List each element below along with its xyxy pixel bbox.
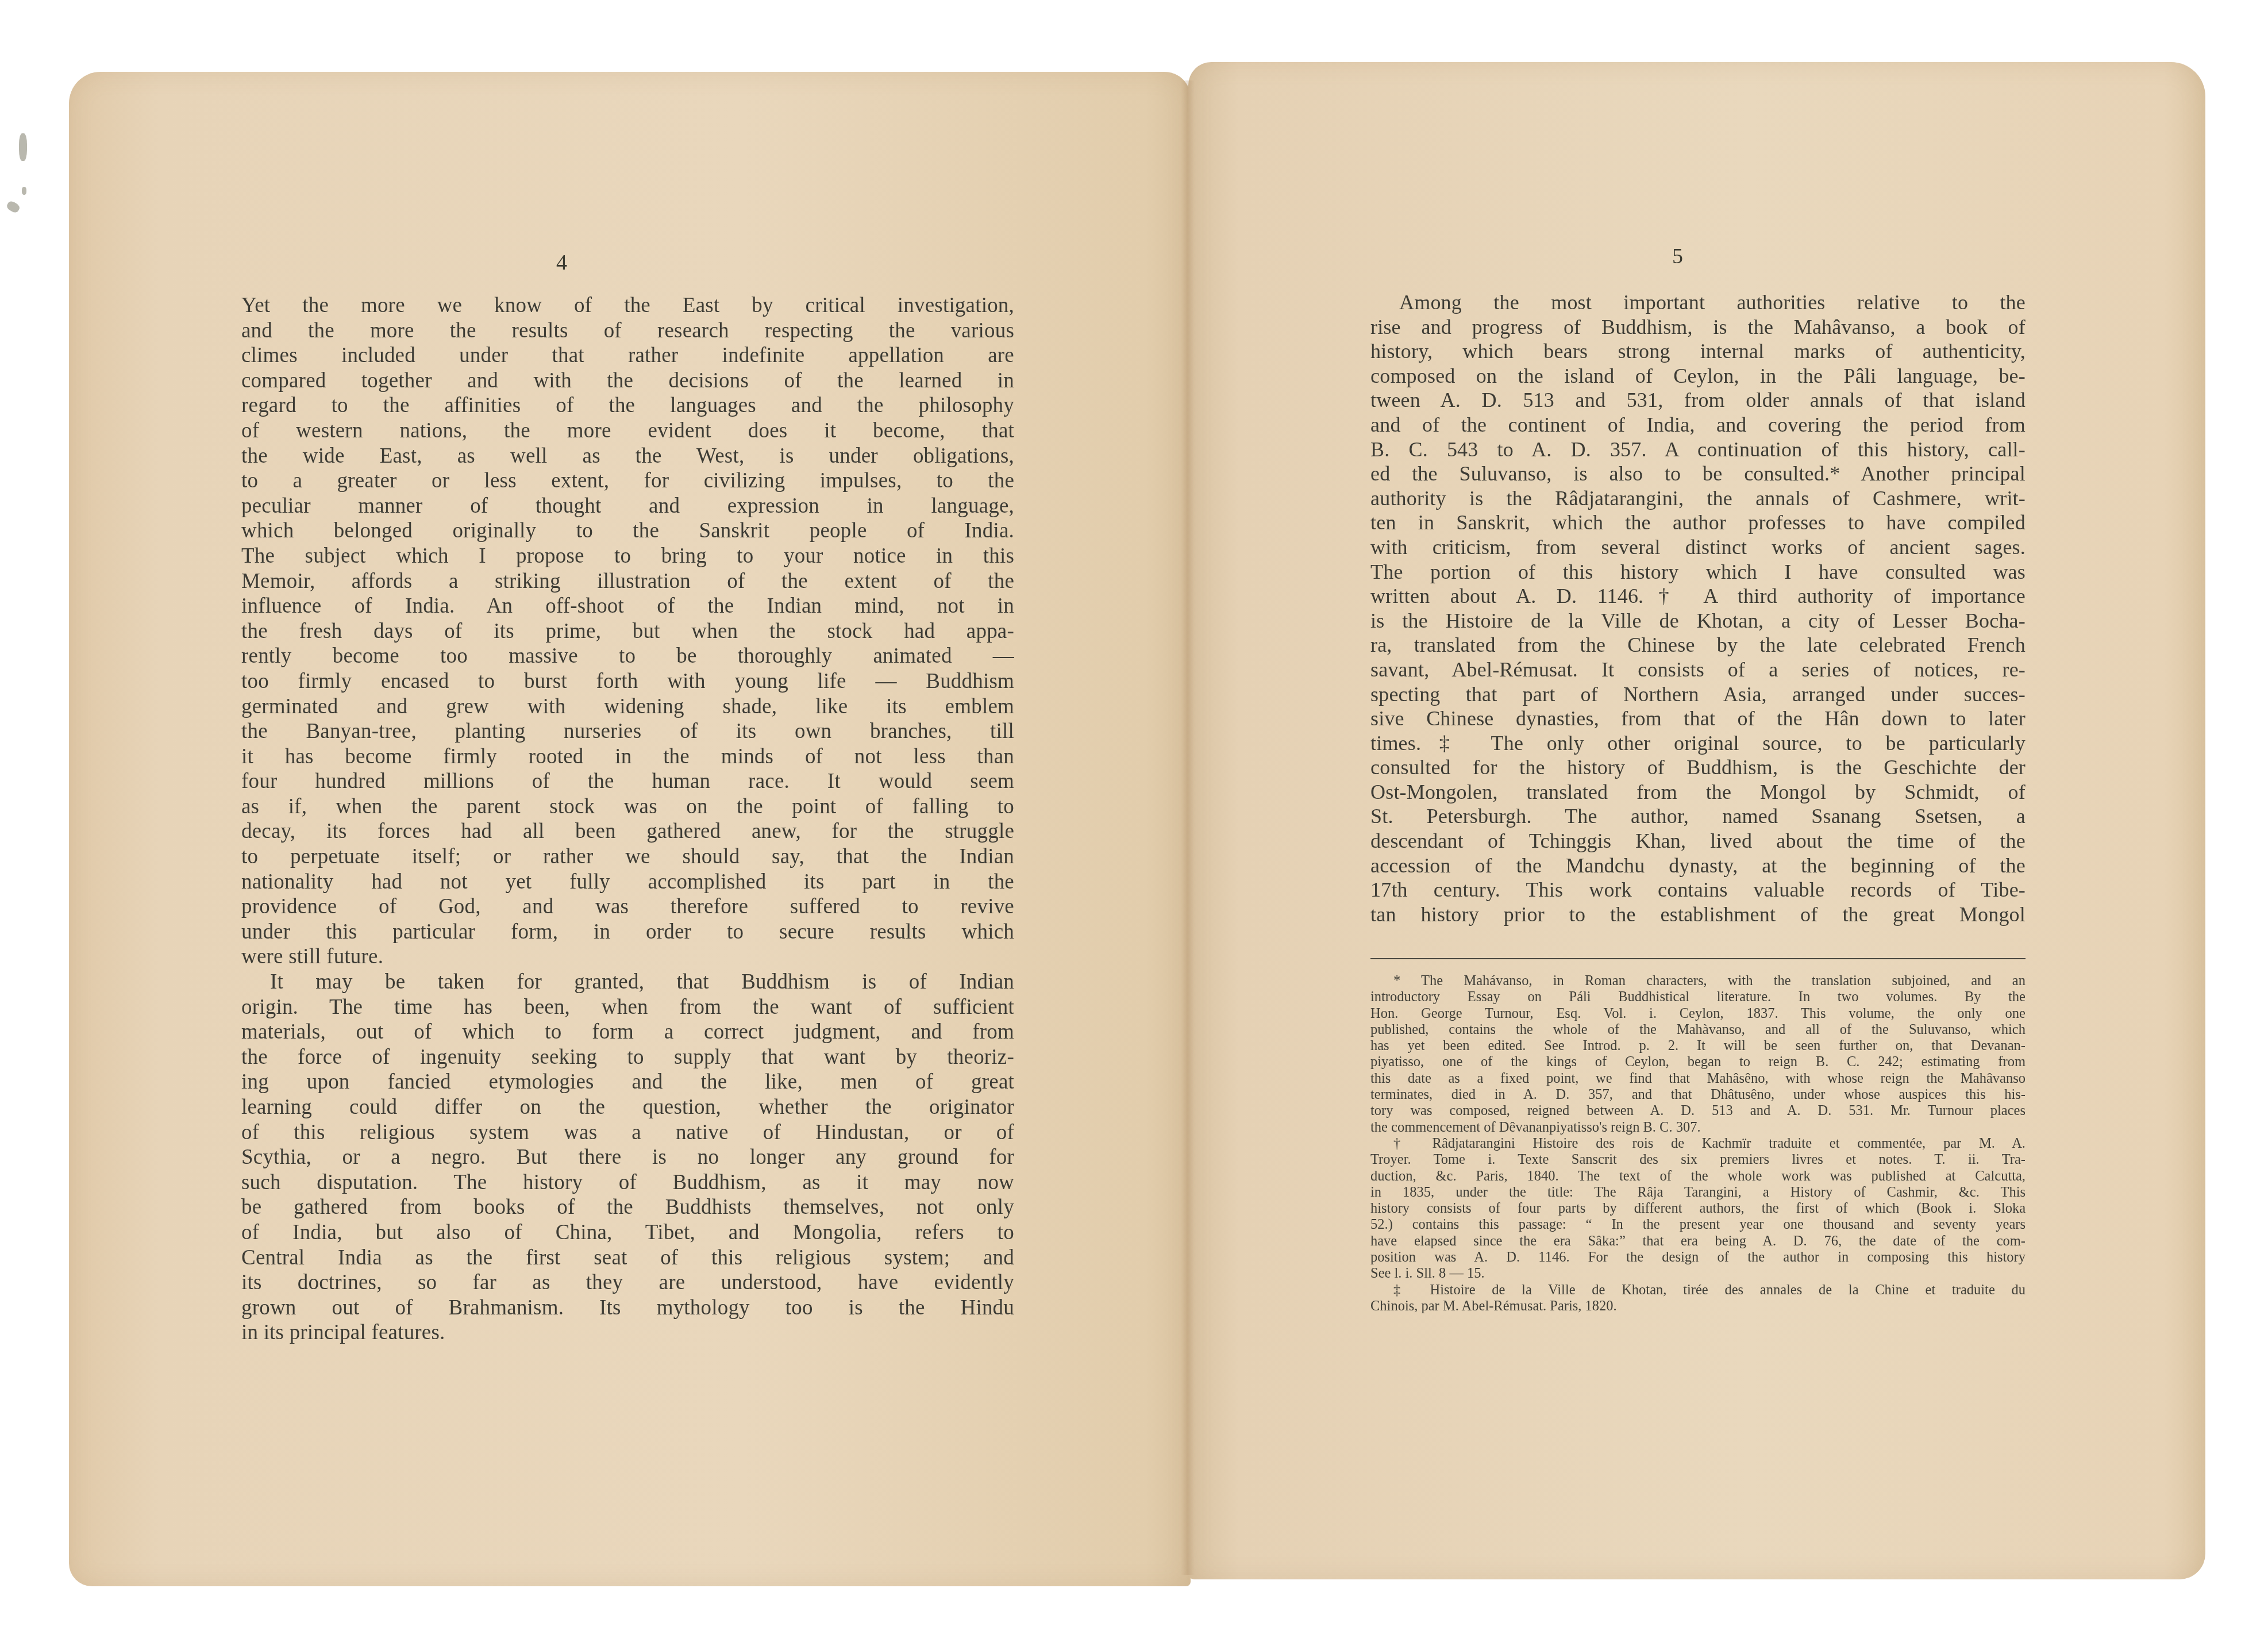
text-line: ten in Sanskrit, which the author profes…: [1370, 510, 2026, 535]
text-line: compared together and with the decisions…: [241, 368, 1014, 394]
text-line: it has become firmly rooted in the minds…: [241, 744, 1014, 770]
text-line: It may be taken for granted, that Buddhi…: [241, 970, 1014, 995]
text-line: in its principal features.: [241, 1320, 1014, 1345]
text-line: under this particular form, in order to …: [241, 920, 1014, 945]
paper-debris: [5, 200, 21, 214]
footnote-line: duction, &c. Paris, 1840. The text of th…: [1370, 1168, 2026, 1185]
text-line: is the Histoire de la Ville de Khotan, a…: [1370, 609, 2026, 633]
text-line: ra, translated from the Chinese by the l…: [1370, 633, 2026, 657]
footnote-line: this date as a fixed point, we find that…: [1370, 1071, 2026, 1087]
text-line: times.‡ The only other original source, …: [1370, 731, 2026, 756]
footnote-line: has yet been edited. See Introd. p. 2. I…: [1370, 1038, 2026, 1054]
text-line: history, which bears strong internal mar…: [1370, 339, 2026, 364]
text-line: and of the continent of India, and cover…: [1370, 413, 2026, 437]
paper-debris: [19, 133, 27, 161]
text-line: savant, Abel-Rémusat. It consists of a s…: [1370, 657, 2026, 682]
text-line: influence of India. An off-shoot of the …: [241, 594, 1014, 619]
text-line: tween A. D. 513 and 531, from older anna…: [1370, 388, 2026, 413]
footnote-line: introductory Essay on Páli Buddhistical …: [1370, 989, 2026, 1005]
footnote-line: * The Mahávanso, in Roman characters, wi…: [1370, 973, 2026, 989]
text-line: decay, its forces had all been gathered …: [241, 819, 1014, 844]
text-line: germinated and grew with widening shade,…: [241, 694, 1014, 720]
text-line: the wide East, as well as the West, is u…: [241, 444, 1014, 469]
text-line: its doctrines, so far as they are unders…: [241, 1270, 1014, 1295]
text-line: composed on the island of Ceylon, in the…: [1370, 364, 2026, 389]
footnote-line: See l. i. Sll. 8 — 15.: [1370, 1266, 2026, 1282]
text-line: B. C. 543 to A. D. 357. A continuation o…: [1370, 437, 2026, 462]
text-line: materials, out of which to form a correc…: [241, 1020, 1014, 1045]
text-line: nationality had not yet fully accomplish…: [241, 870, 1014, 895]
footnote-line: Hon. George Turnour, Esq. Vol. i. Ceylon…: [1370, 1006, 2026, 1022]
footnote-line: the commencement of Dêvananpiyatisso's r…: [1370, 1120, 2026, 1136]
text-line: to perpetuate itself; or rather we shoul…: [241, 844, 1014, 870]
text-line: climes included under that rather indefi…: [241, 343, 1014, 368]
text-line: Scythia, or a negro. But there is no lon…: [241, 1145, 1014, 1170]
text-line: sive Chinese dynasties, from that of the…: [1370, 706, 2026, 731]
text-line: specting that part of Northern Asia, arr…: [1370, 682, 2026, 707]
text-line: of India, but also of China, Tibet, and …: [241, 1220, 1014, 1245]
text-line: Among the most important authorities rel…: [1370, 290, 2026, 315]
text-line: to a greater or less extent, for civiliz…: [241, 468, 1014, 494]
text-line: Yet the more we know of the East by crit…: [241, 293, 1014, 318]
text-line: written about A. D. 1146.† A third autho…: [1370, 584, 2026, 609]
text-line: Memoir, affords a striking illustration …: [241, 569, 1014, 594]
text-line: ing upon fancied etymologies and the lik…: [241, 1070, 1014, 1095]
text-line: descendant of Tchinggis Khan, lived abou…: [1370, 829, 2026, 853]
text-line: regard to the affinities of the language…: [241, 393, 1014, 418]
text-line: 17th century. This work contains valuabl…: [1370, 878, 2026, 902]
footnote-line: published, contains the whole of the Mah…: [1370, 1022, 2026, 1038]
text-line: which belonged originally to the Sanskri…: [241, 518, 1014, 544]
page-number-left: 4: [556, 252, 567, 274]
text-line: of western nations, the more evident doe…: [241, 418, 1014, 444]
text-line: tan history prior to the establishment o…: [1370, 902, 2026, 927]
text-line: of this religious system was a native of…: [241, 1120, 1014, 1145]
footnote-line: 52.) contains this passage: “ In the pre…: [1370, 1217, 2026, 1233]
footnote-line: in 1835, under the title: The Râja Taran…: [1370, 1185, 2026, 1201]
text-line: origin. The time has been, when from the…: [241, 995, 1014, 1020]
footnote-line: tory was composed, reigned between A. D.…: [1370, 1103, 2026, 1119]
text-line: rently become too massive to be thorough…: [241, 644, 1014, 669]
text-line: too firmly encased to burst forth with y…: [241, 669, 1014, 694]
text-line: the force of ingenuity seeking to supply…: [241, 1045, 1014, 1070]
text-line: accession of the Mandchu dynasty, at the…: [1370, 853, 2026, 878]
text-line: peculiar manner of thought and expressio…: [241, 494, 1014, 519]
text-line: be gathered from books of the Buddhists …: [241, 1195, 1014, 1220]
text-line: consulted for the history of Buddhism, i…: [1370, 755, 2026, 780]
footnote-double-dagger: ‡ Histoire de la Ville de Khotan, tirée …: [1370, 1282, 2026, 1315]
text-line: The portion of this history which I have…: [1370, 560, 2026, 585]
text-line: authority is the Râdjatarangini, the ann…: [1370, 486, 2026, 511]
footnote-separator: [1370, 958, 2026, 959]
text-line: with criticism, from several distinct wo…: [1370, 535, 2026, 560]
text-line: The subject which I propose to bring to …: [241, 544, 1014, 569]
right-page-body: Among the most important authorities rel…: [1370, 290, 2026, 926]
text-line: Central India as the first seat of this …: [241, 1245, 1014, 1271]
footnote-line: terminates, died in A. D. 357, and that …: [1370, 1087, 2026, 1103]
text-line: grown out of Brahmanism. Its mythology t…: [241, 1295, 1014, 1321]
text-line: and the more the results of research res…: [241, 318, 1014, 344]
text-line: were still future.: [241, 944, 1014, 970]
text-line: rise and progress of Buddhism, is the Ma…: [1370, 315, 2026, 340]
text-line: learning could differ on the question, w…: [241, 1095, 1014, 1120]
book-gutter: [1181, 80, 1195, 1575]
text-line: Ost-Mongolen, translated from the Mongol…: [1370, 780, 2026, 805]
text-line: St. Petersburgh. The author, named Ssana…: [1370, 804, 2026, 829]
footnote-line: Chinois, par M. Abel-Rémusat. Paris, 182…: [1370, 1298, 2026, 1314]
footnotes: * The Mahávanso, in Roman characters, wi…: [1370, 973, 2026, 1314]
footnote-line: piyatisso, one of the kings of Ceylon, b…: [1370, 1054, 2026, 1070]
footnote-line: position was A. D. 1146. For the design …: [1370, 1249, 2026, 1266]
footnote-line: ‡ Histoire de la Ville de Khotan, tirée …: [1370, 1282, 2026, 1298]
footnote-line: have elapsed since the era Sâka:” that e…: [1370, 1233, 2026, 1249]
text-line: as if, when the parent stock was on the …: [241, 794, 1014, 820]
footnote-line: Troyer. Tome i. Texte Sanscrit des six p…: [1370, 1152, 2026, 1168]
footnote-line: history consists of four parts by differ…: [1370, 1201, 2026, 1217]
text-line: providence of God, and was therefore suf…: [241, 894, 1014, 920]
footnote-dagger: † Râdjatarangini Histoire des rois de Ka…: [1370, 1136, 2026, 1282]
paper-debris: [22, 187, 26, 195]
text-line: ed the Suluvanso, is also to be consulte…: [1370, 462, 2026, 486]
text-line: the fresh days of its prime, but when th…: [241, 619, 1014, 644]
footnote-asterisk: * The Mahávanso, in Roman characters, wi…: [1370, 973, 2026, 1136]
text-line: the Banyan-tree, planting nurseries of i…: [241, 719, 1014, 744]
text-line: such disputation. The history of Buddhis…: [241, 1170, 1014, 1195]
text-line: four hundred millions of the human race.…: [241, 769, 1014, 794]
left-page-body: Yet the more we know of the East by crit…: [241, 293, 1014, 1345]
footnote-line: † Râdjatarangini Histoire des rois de Ka…: [1370, 1136, 2026, 1152]
page-number-right: 5: [1672, 245, 1683, 267]
